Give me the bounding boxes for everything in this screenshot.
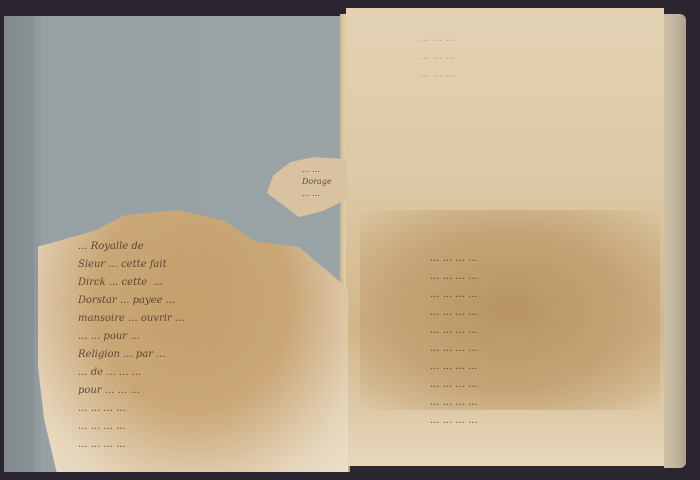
handwriting-faded: ... ... ... ... ... ... ... ... ... (420, 30, 455, 84)
binding-strip (4, 16, 34, 472)
handwriting-left: ... Royalle de Sieur ... cette fait Dirc… (78, 238, 184, 454)
handwriting-small-fragment: ... ... Dorage ... ... (302, 164, 332, 200)
water-stain (360, 210, 660, 410)
page-edges (664, 14, 686, 468)
handwriting-right: ... ... ... ... ... ... ... ... ... ... … (430, 250, 478, 430)
